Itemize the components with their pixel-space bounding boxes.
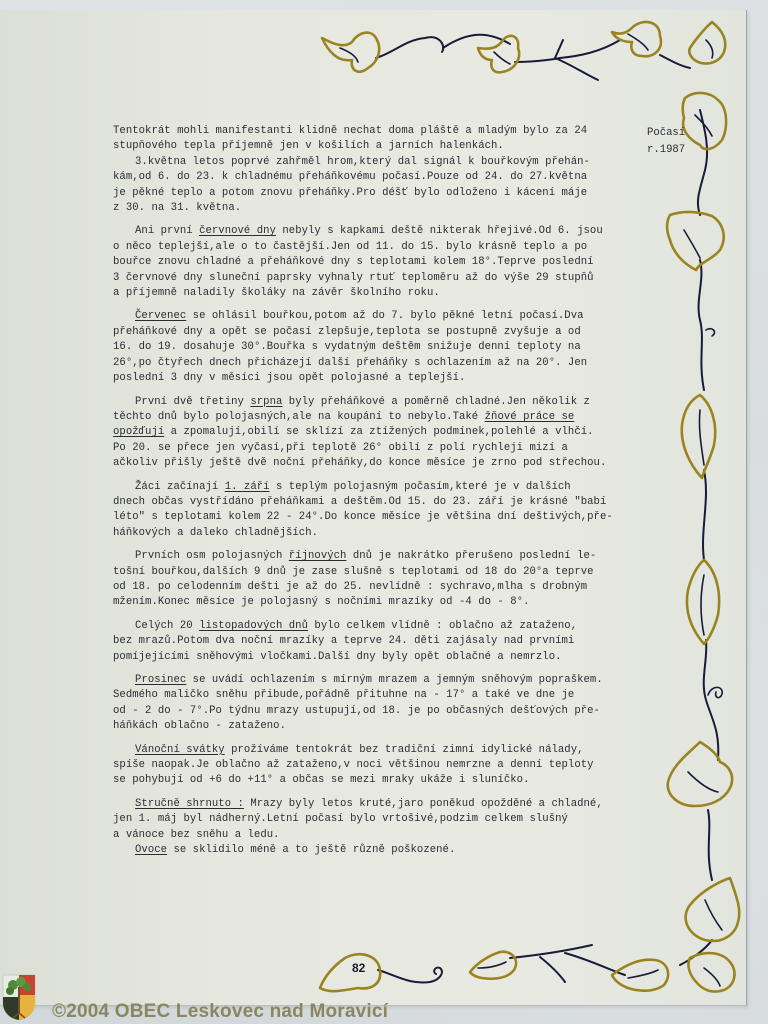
text-line: Sedmého maličko sněhu přibude,pořádně př… (113, 688, 653, 703)
paragraph: Ani první červnové dny nebyly s kapkami … (113, 224, 653, 301)
text-segment: prožíváme tentokrát bez tradiční zimní i… (225, 744, 584, 756)
text-segment: Žáci začínají (135, 481, 225, 493)
text-line: Žáci začínají 1. září s teplým polojasný… (113, 480, 653, 495)
text-segment: 3.května letos poprvé zahřměl hrom,který… (135, 156, 590, 168)
text-line: tošní bouřkou,dalších 9 dnů je zase sluš… (113, 565, 653, 580)
text-segment: a vánoce bez sněhu a ledu. (113, 829, 280, 841)
text-segment: 16. do 19. dosahuje 30°.Bouřka s vydatný… (113, 341, 581, 353)
text-line: bez mrazů.Potom dva noční mrazíky a tepr… (113, 634, 653, 649)
text-segment: bylo celkem vlídně : oblačno až zataženo… (308, 620, 577, 632)
underlined-keyword: Prosinec (135, 674, 186, 686)
text-segment: o něco teplejší,ale o to častější.Jen od… (113, 241, 587, 253)
text-line: 3 červnové dny sluneční paprsky vyhnaly … (113, 271, 653, 286)
text-line: ačkoliv přišly ještě dvě noční přeháňky,… (113, 456, 653, 471)
text-line: pomíjejícími sněhovými vločkami.Další dn… (113, 650, 653, 665)
text-segment: a příjemně naladily školáky na závěr ško… (113, 287, 440, 299)
typewritten-body: Tentokrát mohli manifestanti klidně nech… (113, 124, 653, 866)
text-segment: První dvě třetiny (135, 396, 250, 408)
text-segment: bez mrazů.Potom dva noční mrazíky a tepr… (113, 635, 574, 647)
underlined-keyword: Vánoční svátky (135, 744, 225, 756)
text-line: mžením.Konec měsíce je polojasný s noční… (113, 595, 653, 610)
text-line: Ovoce se sklidilo méně a to ještě různě … (113, 843, 653, 858)
paragraph: Stručně shrnuto : Mrazy byly letos kruté… (113, 797, 653, 859)
text-segment: háňkách oblačno - zataženo. (113, 720, 286, 732)
text-line: od - 2 do - 7°.Po týdnu mrazy ustupují,o… (113, 704, 653, 719)
paragraph: Vánoční svátky prožíváme tentokrát bez t… (113, 743, 653, 789)
text-line: První dvě třetiny srpna byly přeháňkové … (113, 395, 653, 410)
text-line: Červenec se ohlásil bouřkou,potom až do … (113, 309, 653, 324)
text-line: přeháňkové dny a opět se počasí zlepšuje… (113, 325, 653, 340)
text-segment: se sklidilo méně a to ještě různě poškoz… (167, 844, 455, 856)
text-segment: léto" s teplotami kolem 22 - 24°.Do konc… (113, 511, 613, 523)
text-line: Celých 20 listopadových dnů bylo celkem … (113, 619, 653, 634)
paragraph: Žáci začínají 1. září s teplým polojasný… (113, 480, 653, 542)
text-segment: přeháňkové dny a opět se počasí zlepšuje… (113, 326, 581, 338)
underlined-keyword: srpna (250, 396, 282, 408)
text-segment: spíše naopak.Je oblačno až zataženo,v no… (113, 759, 594, 771)
text-line: háňkách oblačno - zataženo. (113, 719, 653, 734)
paragraph: Celých 20 listopadových dnů bylo celkem … (113, 619, 653, 665)
text-line: kám,od 6. do 23. k chladnému přeháňkovém… (113, 170, 653, 185)
text-segment: tošní bouřkou,dalších 9 dnů je zase sluš… (113, 566, 594, 578)
text-line: z 30. na 31. května. (113, 201, 653, 216)
text-segment: dnů je nakrátko přerušeno poslední le- (346, 550, 596, 562)
text-segment: s teplým polojasným počasím,které je v d… (270, 481, 571, 493)
text-line: Prvních osm polojasných říjnových dnů je… (113, 549, 653, 564)
paragraph: Tentokrát mohli manifestanti klidně nech… (113, 124, 653, 216)
text-segment: Po 20. se přece jen vyčasí,při teplotě 2… (113, 442, 568, 454)
text-line: Ani první červnové dny nebyly s kapkami … (113, 224, 653, 239)
text-segment: 26°,po čtyřech dnech přicházejí další př… (113, 357, 587, 369)
text-line: Vánoční svátky prožíváme tentokrát bez t… (113, 743, 653, 758)
text-segment: dnech občas vystřídáno přeháňkami a dešt… (113, 496, 606, 508)
watermark-footer: ©2004 OBEC Leskovec nad Moravicí (0, 998, 768, 1024)
text-segment: je pěkné teplo a potom znovu přeháňky.Pr… (113, 187, 587, 199)
text-line: těchto dnů bylo polojasných,ale na koupá… (113, 410, 653, 425)
text-line: bouřce znovu chladné a přeháňkové dny s … (113, 255, 653, 270)
text-line: a příjemně naladily školáky na závěr ško… (113, 286, 653, 301)
paragraph: Prvních osm polojasných říjnových dnů je… (113, 549, 653, 611)
text-segment: se ohlásil bouřkou,potom až do 7. bylo p… (186, 310, 583, 322)
text-segment: těchto dnů bylo polojasných,ale na koupá… (113, 411, 485, 423)
text-line: jen 1. máj byl nádherný.Letní počasí byl… (113, 812, 653, 827)
text-segment: se pohybují od +6 do +11° a občas se mez… (113, 774, 529, 786)
text-segment: ačkoliv přišly ještě dvě noční přeháňky,… (113, 457, 606, 469)
coat-of-arms-icon (1, 973, 37, 1021)
paragraph: První dvě třetiny srpna byly přeháňkové … (113, 395, 653, 472)
paragraph: Prosinec se uvádí ochlazením s mírným mr… (113, 673, 653, 735)
text-segment: mžením.Konec měsíce je polojasný s noční… (113, 596, 529, 608)
text-line: stupňového tepla příjemně jen v košilích… (113, 139, 653, 154)
text-segment: Sedmého maličko sněhu přibude,pořádně př… (113, 689, 574, 701)
text-segment: kám,od 6. do 23. k chladnému přeháňkovém… (113, 171, 587, 183)
text-line: 16. do 19. dosahuje 30°.Bouřka s vydatný… (113, 340, 653, 355)
text-segment: poslední 3 dny v měsíci jsou opět poloja… (113, 372, 465, 384)
text-line: spíše naopak.Je oblačno až zataženo,v no… (113, 758, 653, 773)
text-segment: háňkových a daleko chladnějších. (113, 527, 318, 539)
copyright-text: ©2004 OBEC Leskovec nad Moravicí (52, 1001, 388, 1023)
text-line: 26°,po čtyřech dnech přicházejí další př… (113, 356, 653, 371)
text-line: 3.května letos poprvé zahřměl hrom,který… (113, 155, 653, 170)
text-line: dnech občas vystřídáno přeháňkami a dešt… (113, 495, 653, 510)
text-segment: stupňového tepla příjemně jen v košilích… (113, 140, 504, 152)
underlined-keyword: opožďují (113, 426, 164, 438)
text-line: o něco teplejší,ale o to častější.Jen od… (113, 240, 653, 255)
underlined-keyword: červnové dny (199, 225, 276, 237)
text-segment: z 30. na 31. května. (113, 202, 241, 214)
text-segment: Ani první (135, 225, 199, 237)
text-line: se pohybují od +6 do +11° a občas se mez… (113, 773, 653, 788)
text-line: Po 20. se přece jen vyčasí,při teplotě 2… (113, 441, 653, 456)
text-segment: se uvádí ochlazením s mírným mrazem a je… (186, 674, 602, 686)
text-line: Prosinec se uvádí ochlazením s mírným mr… (113, 673, 653, 688)
text-segment: od - 2 do - 7°.Po týdnu mrazy ustupují,o… (113, 705, 600, 717)
text-segment: pomíjejícími sněhovými vločkami.Další dn… (113, 651, 562, 663)
underlined-keyword: listopadových dnů (199, 620, 308, 632)
page-number: 82 (352, 961, 365, 975)
text-segment: Mrazy byly letos kruté,jaro poněkud opož… (244, 798, 603, 810)
text-segment: nebyly s kapkami deště nikterak hřejivé.… (276, 225, 603, 237)
underlined-keyword: Ovoce (135, 844, 167, 856)
text-segment: od 18. po celodenním dešti je až do 25. … (113, 581, 587, 593)
text-segment: Tentokrát mohli manifestanti klidně nech… (113, 125, 587, 137)
text-segment: bouřce znovu chladné a přeháňkové dny s … (113, 256, 594, 268)
underlined-keyword: říjnových (289, 550, 347, 562)
text-line: a vánoce bez sněhu a ledu. (113, 828, 653, 843)
underlined-keyword: Stručně shrnuto : (135, 798, 244, 810)
text-line: Stručně shrnuto : Mrazy byly letos kruté… (113, 797, 653, 812)
text-line: opožďují a zpomalují,obilí se sklízí za … (113, 425, 653, 440)
text-segment: a zpomalují,obilí se sklízí za ztížených… (164, 426, 593, 438)
text-segment: Prvních osm polojasných (135, 550, 289, 562)
underlined-keyword: Červenec (135, 310, 186, 322)
underlined-keyword: 1. září (225, 481, 270, 493)
text-segment: Celých 20 (135, 620, 199, 632)
text-line: poslední 3 dny v měsíci jsou opět poloja… (113, 371, 653, 386)
paragraph: Červenec se ohlásil bouřkou,potom až do … (113, 309, 653, 386)
text-segment: jen 1. máj byl nádherný.Letní počasí byl… (113, 813, 568, 825)
text-line: Tentokrát mohli manifestanti klidně nech… (113, 124, 653, 139)
text-line: háňkových a daleko chladnějších. (113, 526, 653, 541)
text-line: léto" s teplotami kolem 22 - 24°.Do konc… (113, 510, 653, 525)
text-line: od 18. po celodenním dešti je až do 25. … (113, 580, 653, 595)
underlined-keyword: žňové práce se (485, 411, 575, 423)
text-segment: byly přeháňkové a poměrně chladné.Jen ně… (282, 396, 590, 408)
text-line: je pěkné teplo a potom znovu přeháňky.Pr… (113, 186, 653, 201)
text-segment: 3 červnové dny sluneční paprsky vyhnaly … (113, 272, 594, 284)
